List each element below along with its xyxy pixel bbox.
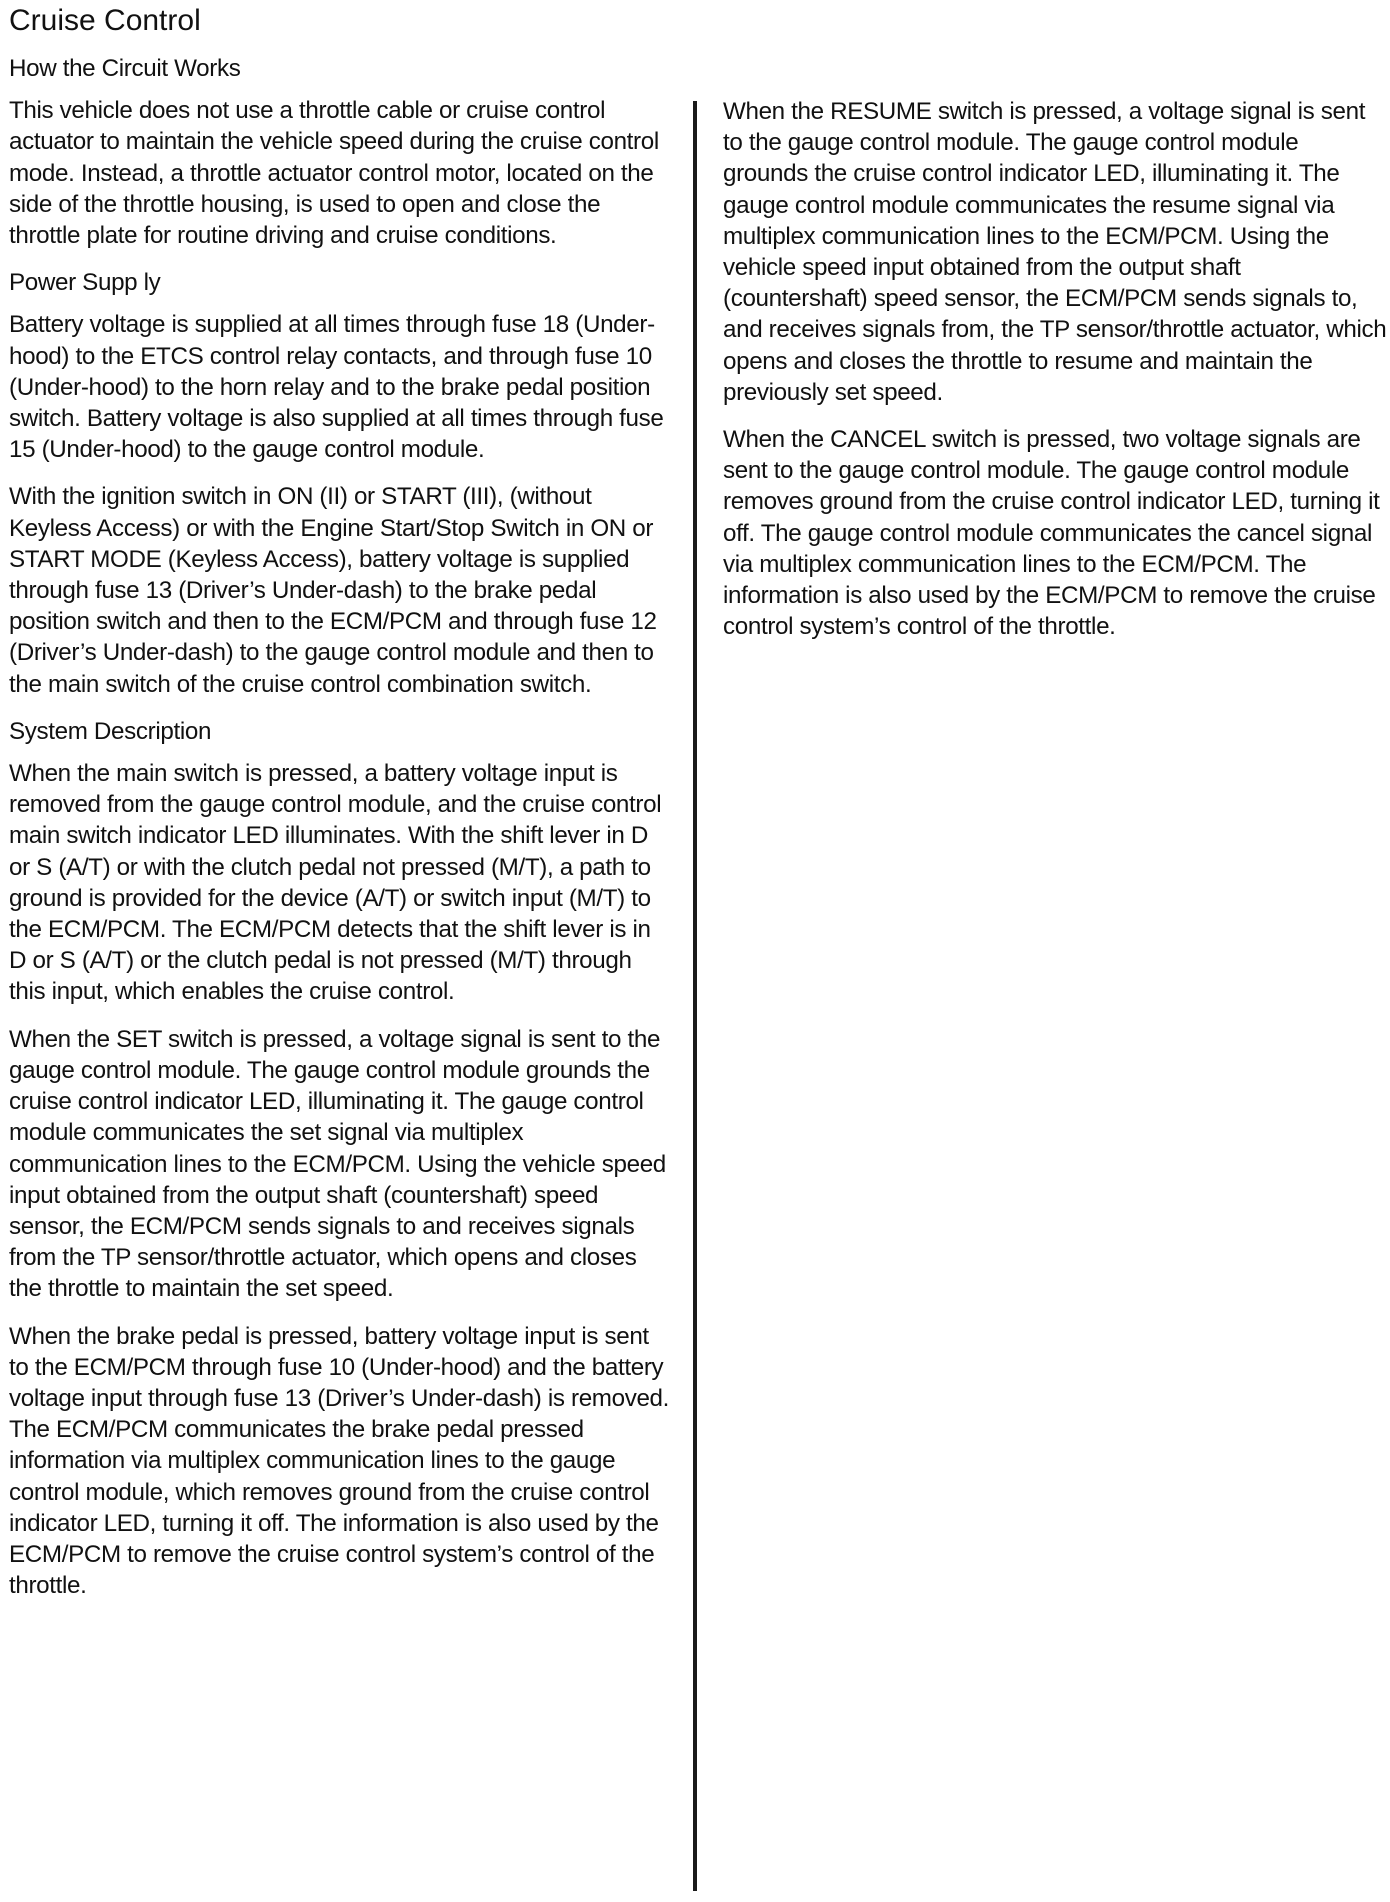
paragraph-resume-switch: When the RESUME switch is pressed, a vol… — [723, 96, 1388, 408]
right-column: When the RESUME switch is pressed, a vol… — [723, 96, 1388, 658]
section-heading-power-supply: Power Supp ly — [9, 267, 674, 298]
column-divider — [693, 101, 697, 1891]
paragraph-circuit-overview: This vehicle does not use a throttle cab… — [9, 95, 674, 251]
paragraph-set-switch: When the SET switch is pressed, a voltag… — [9, 1024, 674, 1305]
paragraph-cancel-switch: When the CANCEL switch is pressed, two v… — [723, 424, 1388, 642]
paragraph-ignition-supply: With the ignition switch in ON (II) or S… — [9, 481, 674, 699]
left-column: How the Circuit Works This vehicle does … — [9, 53, 674, 1617]
paragraph-battery-supply: Battery voltage is supplied at all times… — [9, 309, 674, 465]
page-title: Cruise Control — [9, 2, 201, 40]
section-heading-how-circuit-works: How the Circuit Works — [9, 53, 674, 84]
paragraph-brake-pedal: When the brake pedal is pressed, battery… — [9, 1321, 674, 1602]
paragraph-main-switch: When the main switch is pressed, a batte… — [9, 758, 674, 1008]
section-heading-system-description: System Description — [9, 716, 674, 747]
